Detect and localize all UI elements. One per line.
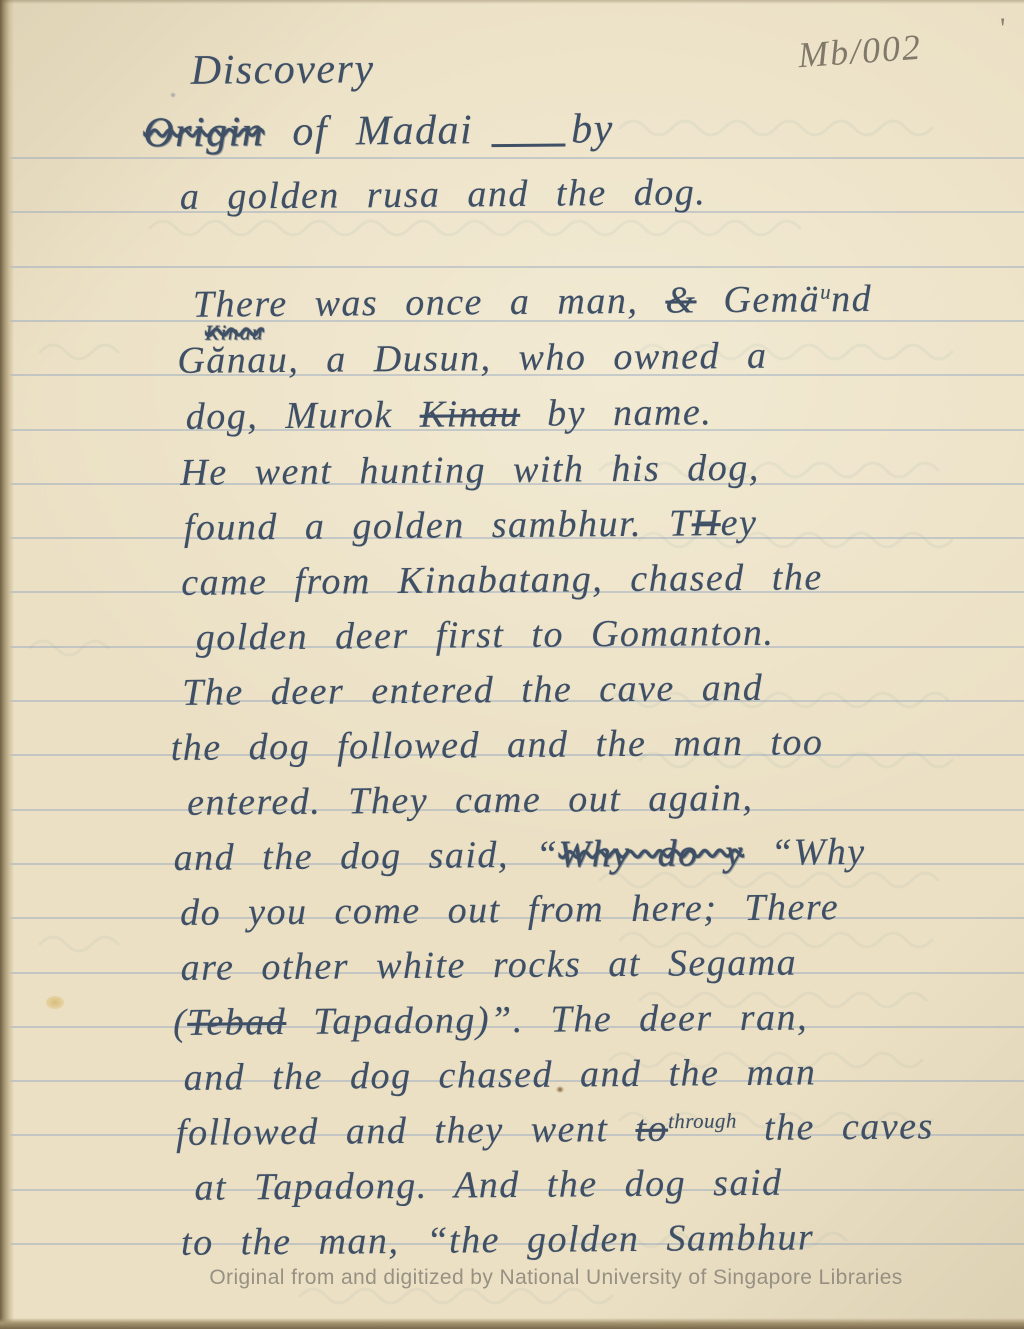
handwritten-line: a golden rusa and the dog. [180, 170, 707, 219]
handwriting-segment: Gemä [696, 278, 820, 321]
handwritten-line: dog, Murok Kinau by name. [186, 390, 713, 439]
handwritten-line: the dog followed and the man too [171, 720, 824, 770]
handwritten-line: entered. They came out again, [187, 776, 754, 825]
page-edge-bottom [0, 1318, 1024, 1329]
paper-stain [46, 996, 64, 1009]
handwriting-segment: by name. [520, 391, 713, 435]
handwriting-struck-segment: to [635, 1108, 668, 1150]
handwriting-struck-segment: Kinau [420, 393, 521, 436]
handwriting-segment: The deer entered the cave and [182, 667, 763, 714]
handwriting-segment: found a golden sambhur. T [184, 502, 692, 548]
handwriting-segment: entered. They came out again, [187, 777, 754, 824]
paper-stain [556, 1086, 564, 1093]
handwriting-segment: “Why [744, 831, 866, 874]
handwriting-segment: There was once a man, [193, 280, 666, 326]
handwritten-line: found a golden sambhur. THey [184, 501, 758, 550]
handwritten-line: came from Kinabatang, chased the [181, 555, 823, 605]
handwriting-segment: Tapadong)”. The deer ran, [286, 996, 808, 1043]
handwriting-segment: dog, Murok [186, 394, 420, 438]
handwriting-segment: a golden rusa and the dog. [180, 171, 707, 218]
handwritten-line: followed and they went tothrough the cav… [176, 1104, 934, 1155]
handwritten-line: at Tapadong. And the dog said [194, 1161, 782, 1210]
handwritten-line: The deer entered the cave and [182, 666, 763, 715]
handwriting-segment: Gănau, a Dusun, who owned a [177, 335, 768, 382]
handwriting-layer: DiscoveryOrigin of Madaibya golden rusa … [0, 0, 1024, 1329]
handwriting-sup-segment: through [668, 1109, 737, 1134]
handwriting-scribble-segment: Why do y [558, 832, 744, 876]
handwriting-segment: ( [173, 1002, 188, 1044]
handwriting-segment: are other white rocks at Segama [180, 942, 797, 989]
handwritten-line: Origin of Madaiby [143, 101, 614, 157]
handwriting-struck-segment: Tebad [187, 1001, 286, 1044]
handwriting-segment: and the dog said, “ [173, 834, 558, 879]
handwriting-struck-segment: & [665, 279, 696, 321]
handwritten-line: and the dog said, “Why do y “Why [173, 830, 865, 880]
handwriting-segment: and the dog chased and the man [183, 1051, 816, 1099]
digitization-watermark: Original from and digitized by National … [0, 1266, 1024, 1290]
manuscript-page: DiscoveryOrigin of Madaibya golden rusa … [0, 0, 1024, 1329]
handwriting-segment: He went hunting with his dog, [180, 447, 760, 494]
handwriting-sup-segment: u [820, 280, 831, 304]
handwriting-segment: golden deer first to Gomanton. [196, 612, 775, 659]
handwriting-struck-segment: H [692, 502, 721, 544]
paper-stain [170, 92, 176, 98]
handwriting-segment: nd [831, 278, 872, 320]
handwriting-blank-segment [491, 102, 565, 148]
handwritten-line: golden deer first to Gomanton. [196, 611, 775, 660]
catalog-number: Mb/002 [797, 26, 924, 77]
handwriting-segment: to the man, “the golden Sambhur [181, 1216, 814, 1264]
handwritten-line: Gănau, a Dusun, who owned a [177, 334, 768, 383]
handwriting-segment: by [571, 106, 614, 152]
handwriting-segment: came from Kinabatang, chased the [181, 556, 823, 604]
page-edge-top [0, 0, 1024, 4]
handwritten-line: He went hunting with his dog, [180, 446, 760, 495]
handwriting-segment: do you come out from here; There [180, 886, 839, 934]
page-edge-left [0, 0, 14, 1329]
handwriting-segment: ey [720, 502, 757, 544]
handwritten-line: Discovery [191, 45, 375, 95]
handwriting-segment: the caves [737, 1105, 934, 1149]
handwriting-segment: at Tapadong. And the dog said [194, 1162, 782, 1209]
handwriting-segment: followed and they went [176, 1108, 636, 1154]
handwritten-line: and the dog chased and the man [183, 1050, 816, 1100]
handwriting-scribble-segment: Origin [143, 109, 264, 156]
handwriting-segment: of Madai [264, 107, 473, 155]
handwritten-line: There was once a man, & Gemäund [193, 277, 873, 327]
handwritten-line: do you come out from here; There [180, 885, 839, 935]
handwriting-segment: the dog followed and the man too [171, 721, 824, 769]
handwritten-line: are other white rocks at Segama [180, 941, 797, 990]
handwritten-line: (Tebad Tapadong)”. The deer ran, [173, 995, 808, 1045]
corner-tick-mark: ' [1000, 12, 1005, 46]
handwritten-line: to the man, “the golden Sambhur [181, 1215, 815, 1265]
handwriting-segment: Discovery [191, 46, 375, 94]
